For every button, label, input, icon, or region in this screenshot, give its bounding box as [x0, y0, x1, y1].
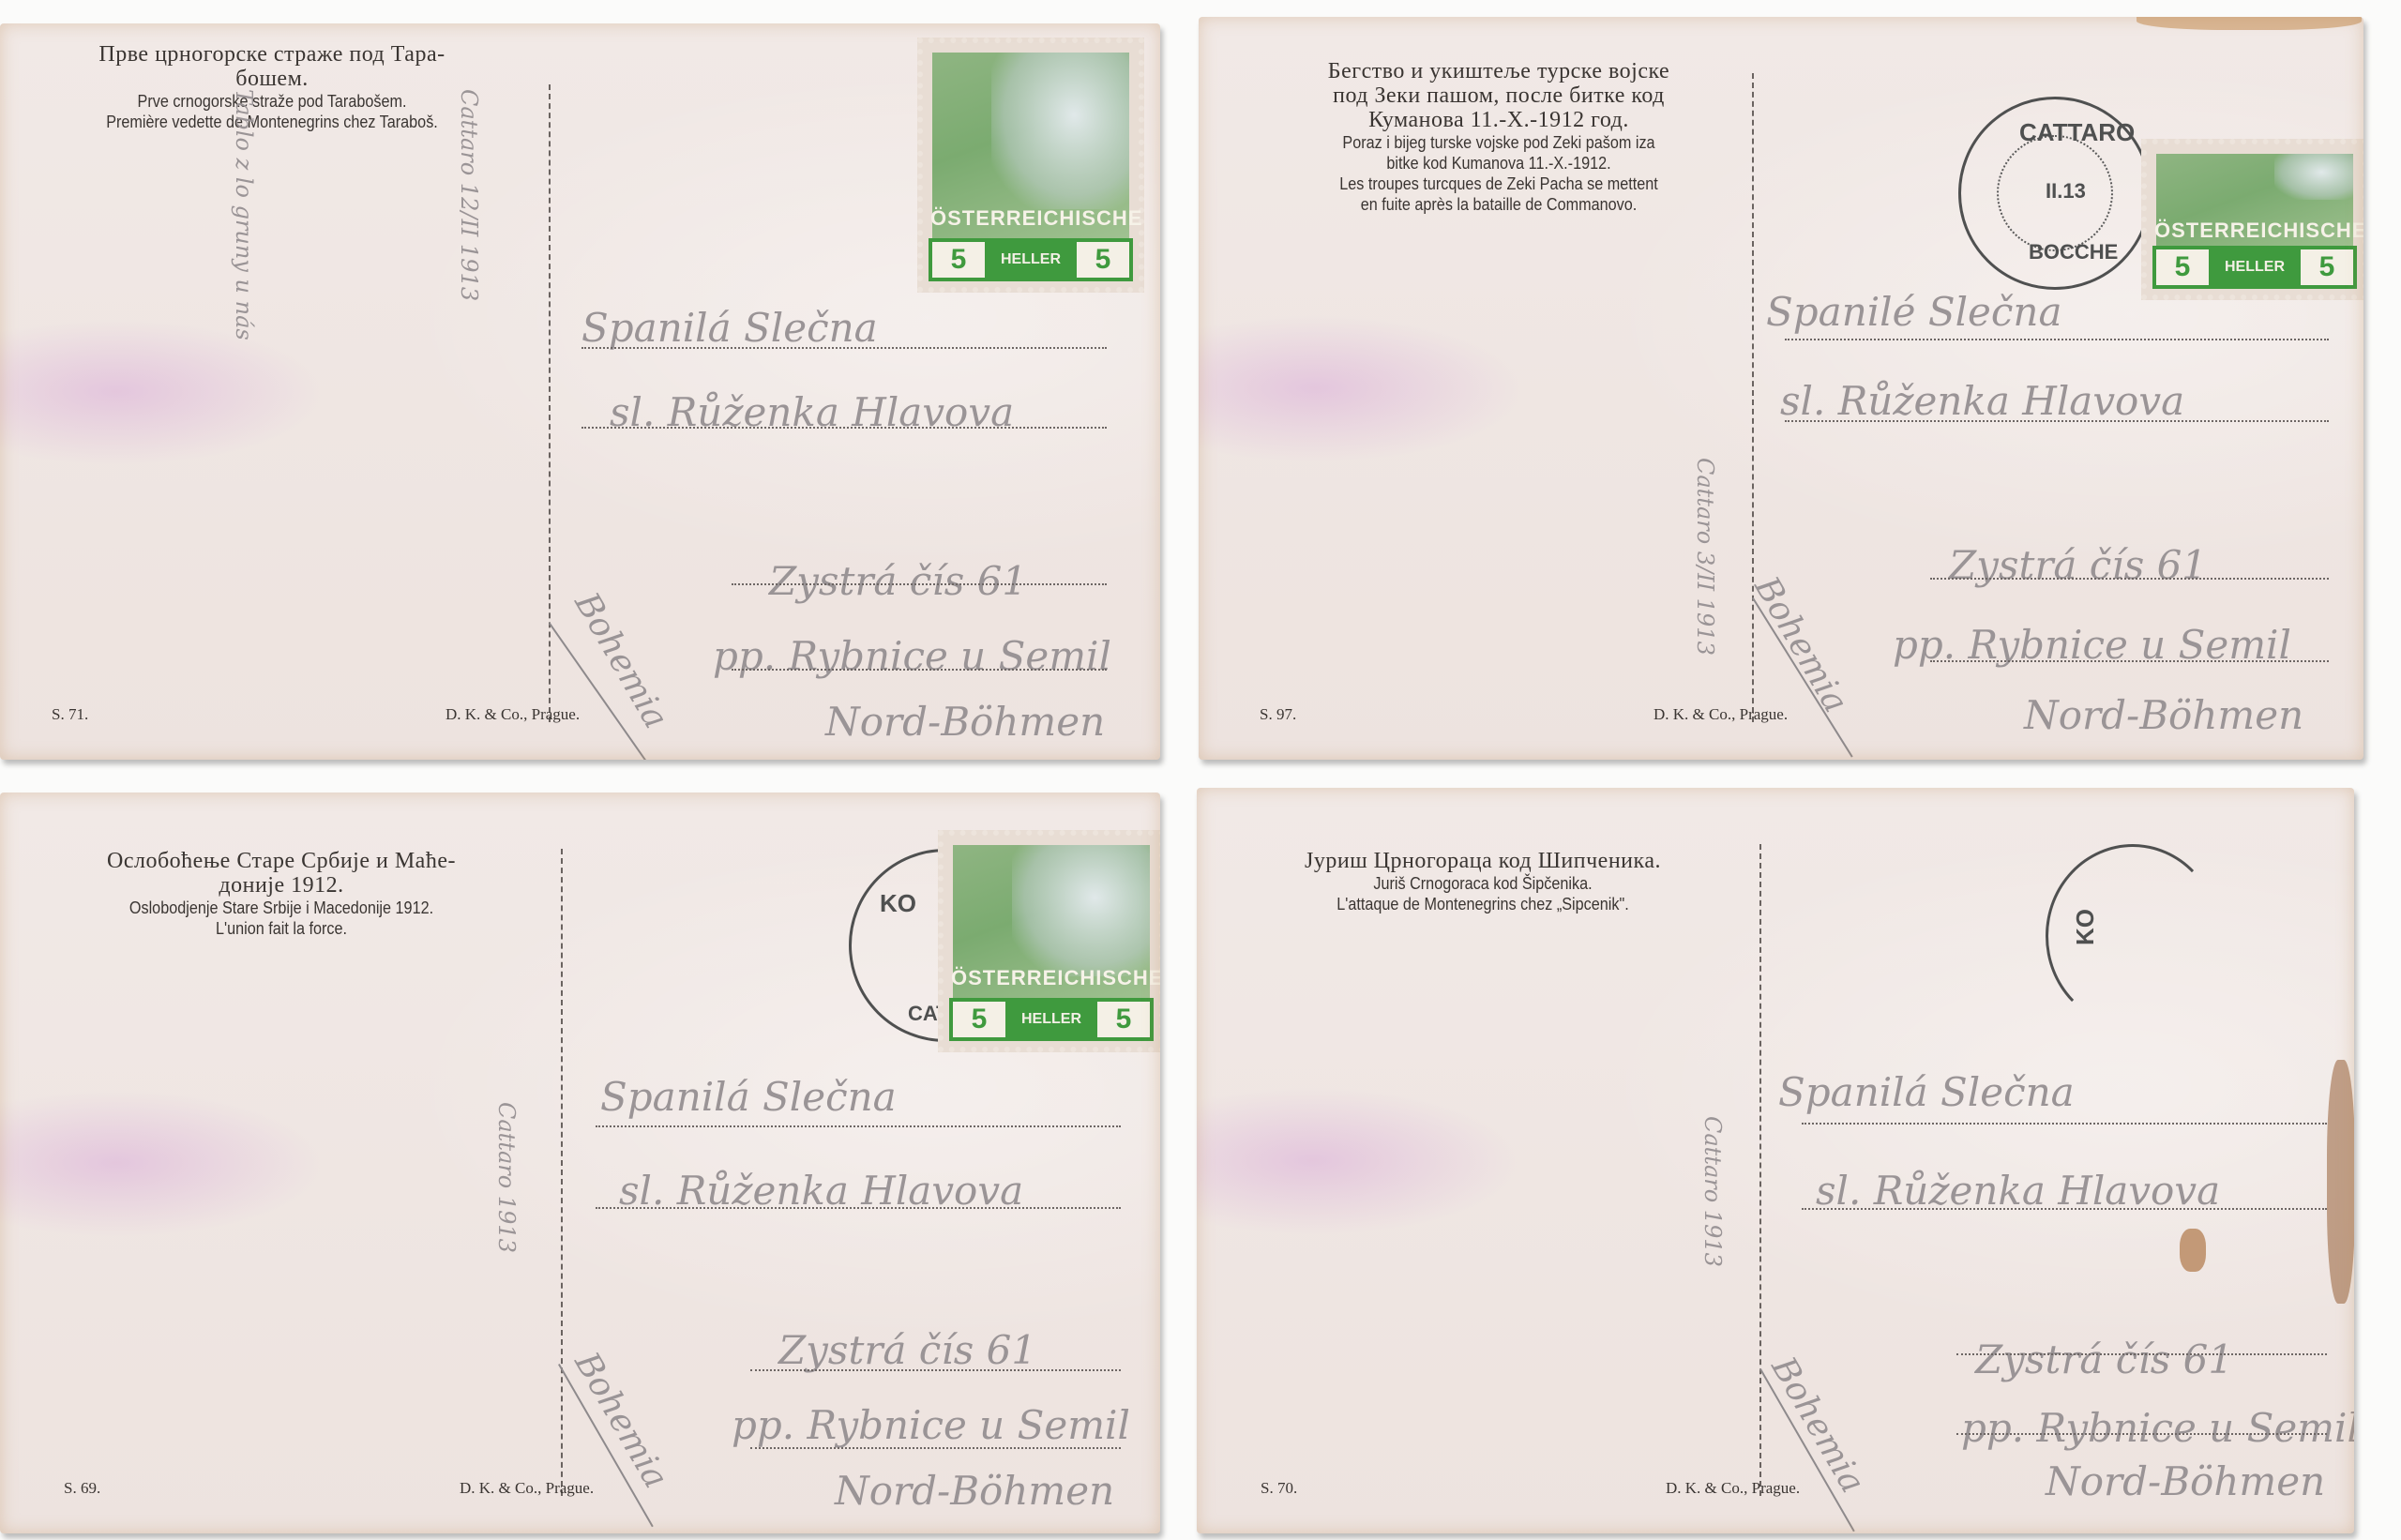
postage-stamp: ÖSTERREICHISCHE 5 HELLER 5 [917, 38, 1144, 293]
address-line: Nord-Böhmen [2024, 692, 2303, 738]
handwritten-date: Cattaro 1913 [1694, 1116, 1731, 1267]
postmark: CATTARO BOCCHE II.13 [1958, 97, 2152, 290]
address-rule [1785, 420, 2329, 422]
address-rule [596, 1125, 1121, 1127]
address-line: sl. Růženka Hlavova [1816, 1168, 2220, 1214]
address-rule [1802, 1123, 2327, 1125]
postmark-town: KO [2071, 909, 2100, 945]
caption-latin-line: en fuite après la bataille de Commanovo. [1271, 194, 1727, 215]
stamp-value: 5 [1077, 242, 1129, 278]
stamp-denomination: HELLER [1001, 251, 1061, 268]
caption-cyrillic-line: бошем. [38, 67, 506, 91]
address-line: Zystrá čís 61 [778, 1327, 1036, 1373]
address-rule [732, 583, 1107, 585]
caption-cyrillic-line: Прве црногорске страже под Тара- [38, 42, 506, 67]
caption: Прве црногорске страже под Тара- бошем. … [38, 42, 506, 132]
address-rule [1930, 578, 2329, 580]
caption-cyrillic-line: Бегство и укиштеље турске војске [1246, 59, 1752, 83]
stain [2137, 17, 2362, 30]
caption-latin-line: Juriš Crnogoraca kod Šipčenika. [1263, 873, 1702, 894]
publisher: D. K. & Co., Prague. [1654, 705, 1788, 724]
address-rule [1930, 660, 2329, 662]
stamp-value: 5 [953, 1002, 1005, 1037]
postmark: KO [2046, 844, 2220, 1028]
postmark-town: KO [880, 889, 916, 918]
address-line: Spanilá Slečna [581, 305, 878, 351]
stamp-country: ÖSTERREICHISCHE [930, 206, 1131, 231]
address-rule [1956, 1433, 2327, 1435]
caption-latin-line: Poraz i bijeg turske vojske pod Zeki paš… [1271, 132, 1727, 153]
postage-stamp: ÖSTERREICHISCHE 5 HELLER 5 [938, 830, 1160, 1052]
postage-stamp: ÖSTERREICHISCHE 5 HELLER 5 [2141, 139, 2363, 300]
stamp-value: 5 [1097, 1002, 1150, 1037]
stamp-denomination: HELLER [2225, 259, 2285, 276]
series-number: S. 97. [1260, 705, 1296, 724]
address-rule [596, 1207, 1121, 1209]
address-line: Nord-Böhmen [835, 1468, 1114, 1514]
address-line: sl. Růženka Hlavova [1780, 378, 2184, 424]
address-line: Nord-Böhmen [825, 699, 1105, 745]
caption-cyrillic-line: Јуриш Црногораца код Шипченика. [1239, 849, 1727, 873]
caption-latin-line: bitke kod Kumanova 11.-X.-1912. [1271, 153, 1727, 174]
address-line: Zystrá čís 61 [1975, 1336, 2233, 1382]
stamp-value: 5 [2156, 249, 2209, 285]
caption: Бегство и укиштеље турске војске под Зек… [1246, 59, 1752, 215]
caption-cyrillic-line: доније 1912. [38, 873, 525, 898]
address-rule [750, 1447, 1121, 1449]
stamp-value: 5 [932, 242, 985, 278]
caption-latin-line: L'attaque de Montenegrins chez „Sipcenik… [1263, 894, 1702, 914]
caption-latin-line: L'union fait la force. [62, 918, 501, 939]
address-line: Zystrá čís 61 [769, 558, 1027, 604]
address-line: pp. Rybnice u Semil [732, 1402, 1130, 1448]
handwritten-date: Cattaro 1913 [488, 1102, 525, 1253]
address-rule [1802, 1208, 2327, 1210]
postmark-date: II.13 [2046, 179, 2086, 204]
caption-latin-line: Prve crnogorske straže pod Tarabošem. [61, 91, 483, 112]
postmark-lower: BOCCHE [2029, 240, 2118, 264]
address-rule [581, 347, 1107, 349]
address-rule [750, 1369, 1121, 1371]
handwritten-date: Cattaro 12/II 1913 [450, 89, 488, 301]
postmark-town: CATTARO [2019, 118, 2135, 147]
caption: Ослобоћење Старе Србије и Маће- доније 1… [38, 849, 525, 939]
stamp-value-row: 5 HELLER 5 [2152, 246, 2357, 289]
address-rule [581, 427, 1107, 429]
address-line: Spanilá Slečna [1778, 1069, 2075, 1115]
address-line: Spanilé Slečna [1766, 289, 2062, 335]
stamp-value-row: 5 HELLER 5 [929, 238, 1133, 281]
handwritten-message: Tablo z lo gruny u nás [225, 89, 263, 340]
caption-latin-line: Première vedette de Montenegrins chez Ta… [61, 112, 483, 132]
ink-stain [2180, 1229, 2206, 1272]
stamp-value-row: 5 HELLER 5 [949, 998, 1154, 1041]
edge-stain [2327, 1060, 2354, 1304]
caption-latin-line: Les troupes turcques de Zeki Pacha se me… [1271, 174, 1727, 194]
series-number: S. 69. [64, 1479, 100, 1498]
divider-line [1752, 73, 1754, 722]
divider-line [561, 849, 563, 1496]
caption: Јуриш Црногораца код Шипченика. Juriš Cr… [1239, 849, 1727, 914]
address-line: Nord-Böhmen [2046, 1458, 2325, 1504]
caption-cyrillic-line: Ослобоћење Старе Србије и Маће- [38, 849, 525, 873]
address-line: pp. Rybnice u Semil [713, 633, 1111, 679]
publisher: D. K. & Co., Prague. [445, 705, 580, 724]
address-rule [1785, 339, 2329, 340]
stamp-value: 5 [2301, 249, 2353, 285]
address-line: pp. Rybnice u Semil [1961, 1405, 2354, 1451]
caption-cyrillic-line: Куманова 11.-X.-1912 год. [1246, 108, 1752, 132]
postcard-3: Ослобоћење Старе Србије и Маће- доније 1… [0, 793, 1160, 1533]
handwritten-bohemia: Bohemia [1763, 1351, 1871, 1500]
address-line: Spanilá Slečna [600, 1074, 897, 1120]
caption-cyrillic-line: под Зеки пашом, после битке код [1246, 83, 1752, 108]
postcard-4: Јуриш Црногораца код Шипченика. Juriš Cr… [1197, 788, 2354, 1533]
handwritten-bohemia: Bohemia [566, 586, 674, 735]
handwritten-date: Cattaro 3/II 1913 [1686, 458, 1724, 656]
address-rule [732, 669, 1107, 671]
postcard-2: Бегство и укиштеље турске војске под Зек… [1199, 17, 2363, 760]
stamp-denomination: HELLER [1021, 1011, 1081, 1028]
publisher: D. K. & Co., Prague. [1666, 1479, 1800, 1498]
caption-latin-line: Oslobodjenje Stare Srbije i Macedonije 1… [62, 898, 501, 918]
stamp-country: ÖSTERREICHISCHE [951, 966, 1152, 990]
address-rule [1956, 1353, 2327, 1355]
postcard-1: Прве црногорске страже под Тара- бошем. … [0, 23, 1160, 760]
address-line: Zystrá čís 61 [1949, 542, 2207, 588]
publisher: D. K. & Co., Prague. [460, 1479, 594, 1498]
stamp-country: ÖSTERREICHISCHE [2154, 219, 2355, 243]
series-number: S. 70. [1261, 1479, 1297, 1498]
series-number: S. 71. [52, 705, 88, 724]
divider-line [1759, 844, 1761, 1496]
handwritten-bohemia: Bohemia [1746, 570, 1854, 719]
stamp-face [953, 845, 1150, 1020]
